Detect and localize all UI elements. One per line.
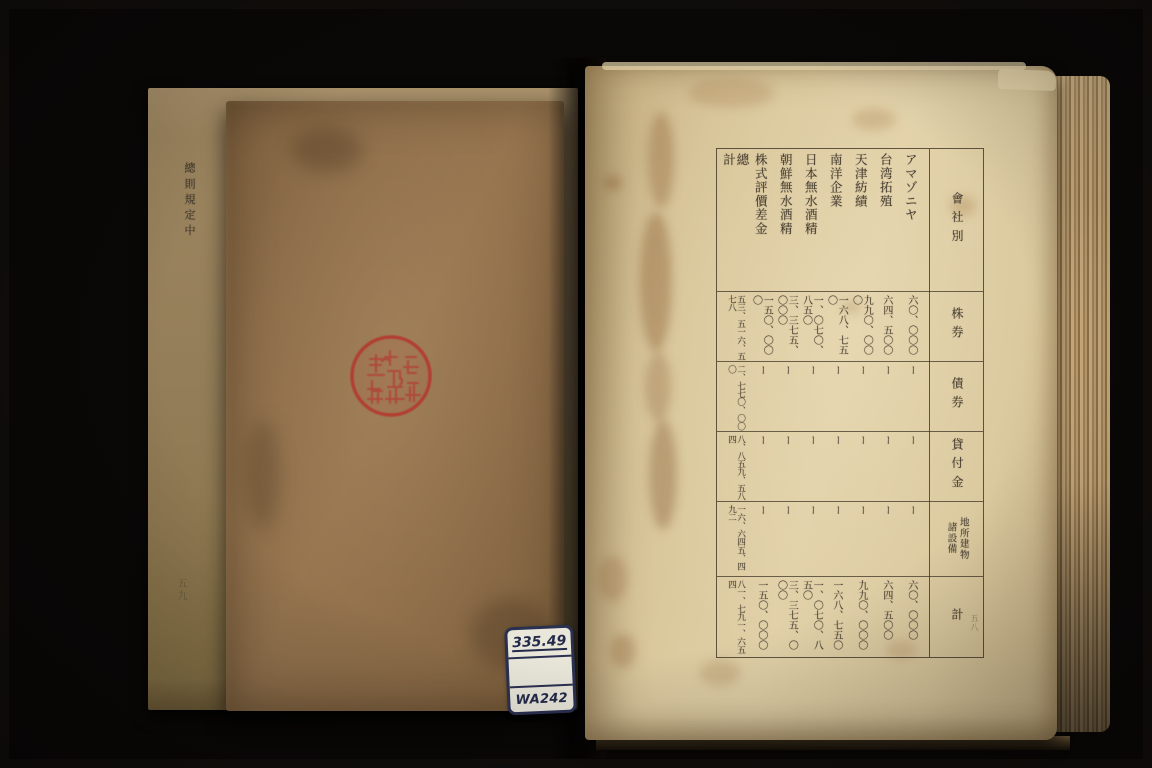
value-cell: 三、三七五、〇〇〇: [773, 580, 798, 659]
company-name: 台湾拓殖: [879, 153, 893, 291]
value-cell: ー: [873, 365, 898, 431]
company-name: 日本無水酒精: [804, 153, 818, 291]
company-name-cell: 株式評價差金: [748, 153, 773, 291]
loans-value: 八、八五九、五八四: [726, 435, 744, 501]
value-cell: ー: [773, 435, 798, 501]
shares-value: 五三、五一六、五七八: [726, 295, 744, 361]
company-name: 總計: [722, 153, 749, 291]
loans-value: ー: [905, 435, 916, 501]
value-cell: 八一、七九一、六五四: [723, 580, 748, 659]
value-cell: 六四、五〇〇: [873, 295, 898, 361]
value-cell: 一五〇、〇〇〇: [748, 295, 773, 361]
value-cell: 一六、六四五、四九二: [723, 505, 748, 576]
shares-value: 六四、五〇〇: [880, 295, 891, 361]
row-header-property: 地所建物 諸設備: [930, 501, 983, 576]
bonds-value: ー: [855, 365, 866, 431]
value-cell: ー: [798, 365, 823, 431]
total-value: 一五〇、〇〇〇: [755, 580, 766, 659]
value-cell: ー: [823, 365, 848, 431]
value-cell: ー: [848, 435, 873, 501]
row-header-loans: 貸付金: [930, 431, 983, 501]
value-cell: ー: [798, 435, 823, 501]
classification-number: 335.49: [512, 633, 567, 651]
company-name-cell: 朝鮮無水酒精: [773, 153, 798, 291]
value-cell: ー: [748, 435, 773, 501]
value-cell: 三、三七五、〇〇〇: [773, 295, 798, 361]
value-cell: ー: [773, 505, 798, 576]
total-value: 三、三七五、〇〇〇: [775, 580, 797, 659]
property-value: ー: [830, 505, 841, 576]
company-name: アマゾニヤ: [904, 153, 918, 291]
value-cell: ー: [848, 505, 873, 576]
row-header-text: 計: [950, 608, 963, 627]
value-cell: ー: [823, 435, 848, 501]
photo-of-open-ledger-book: 總則規定中 五九 335.49 WA242: [0, 0, 1152, 768]
total-value-row: 六〇、〇〇〇 六四、五〇〇 九九〇、〇〇〇 一六八、七五〇 一、〇七〇、八五〇 …: [717, 576, 932, 659]
row-header-company: 會社別: [930, 149, 983, 291]
call-number-top-band: 335.49: [507, 628, 571, 660]
value-cell: 六〇、〇〇〇: [898, 295, 923, 361]
property-value: ー: [855, 505, 866, 576]
value-cell: 一、〇七〇、八五〇: [798, 580, 823, 659]
value-cell: 六〇、〇〇〇: [898, 580, 923, 659]
holdings-table: 會社別 株券 債券 貸付金 地所建物 諸設備 計 アマゾニヤ 台湾拓殖 天津紡績…: [716, 148, 984, 658]
bonds-value-row: ー ー ー ー ー ー ー 二、七七〇、〇〇〇: [717, 361, 932, 431]
page-corner-edge: [998, 69, 1057, 91]
row-header-text: 會社別: [950, 192, 963, 248]
company-name-cell: 天津紡績: [848, 153, 873, 291]
loans-value: ー: [755, 435, 766, 501]
value-cell: ー: [873, 505, 898, 576]
left-margin-vertical-text: 總則規定中: [181, 162, 197, 240]
property-value: ー: [880, 505, 891, 576]
shares-value: 三、三七五、〇〇〇: [775, 295, 797, 361]
company-name-cell: アマゾニヤ: [898, 153, 923, 291]
shelf-code: WA242: [515, 690, 568, 707]
bonds-value: ー: [880, 365, 891, 431]
property-value: ー: [780, 505, 791, 576]
bonds-value: ー: [830, 365, 841, 431]
value-cell: ー: [898, 435, 923, 501]
company-name-cell: 總計: [723, 153, 748, 291]
property-value: 一六、六四五、四九二: [726, 505, 744, 576]
value-cell: ー: [898, 505, 923, 576]
row-header-bonds: 債券: [930, 361, 983, 431]
value-cell: ー: [823, 505, 848, 576]
row-header-text: 債券: [950, 377, 963, 414]
bonds-value: ー: [755, 365, 766, 431]
left-page-number: 五九: [173, 578, 188, 602]
value-cell: 五三、五一六、五七八: [723, 295, 748, 361]
loans-value: ー: [780, 435, 791, 501]
value-cell: ー: [873, 435, 898, 501]
property-value-row: ー ー ー ー ー ー ー 一六、六四五、四九二: [717, 501, 932, 576]
property-value: ー: [805, 505, 816, 576]
red-seal-stamp-icon: [348, 333, 434, 419]
value-cell: 二、七七〇、〇〇〇: [723, 365, 748, 431]
shares-value: 一六八、七五〇: [825, 295, 847, 361]
call-number-label: 335.49 WA242: [504, 625, 577, 716]
shares-value: 一五〇、〇〇〇: [750, 295, 772, 361]
value-cell: ー: [898, 365, 923, 431]
total-value: 八一、七九一、六五四: [726, 580, 744, 659]
value-cell: 一、〇七〇、八五〇: [798, 295, 823, 361]
loans-value-row: ー ー ー ー ー ー ー 八、八五九、五八四: [717, 431, 932, 501]
row-header-text: 貸付金: [950, 438, 963, 494]
loans-value: ー: [830, 435, 841, 501]
shares-value: 九九〇、〇〇〇: [850, 295, 872, 361]
row-header-text: 地所建物: [958, 517, 968, 561]
row-header-text: 株券: [950, 307, 963, 344]
value-cell: ー: [773, 365, 798, 431]
value-cell: ー: [798, 505, 823, 576]
property-value: ー: [905, 505, 916, 576]
shares-value: 六〇、〇〇〇: [905, 295, 916, 361]
value-cell: ー: [748, 505, 773, 576]
right-margin-note: 五八: [969, 614, 980, 632]
call-number-middle-band: [509, 657, 573, 689]
row-header-shares: 株券: [930, 291, 983, 361]
company-name: 天津紡績: [854, 153, 868, 291]
total-value: 一六八、七五〇: [830, 580, 841, 659]
value-cell: 一六八、七五〇: [823, 580, 848, 659]
shares-value: 一、〇七〇、八五〇: [800, 295, 822, 361]
company-name-cell: 台湾拓殖: [873, 153, 898, 291]
total-value: 九九〇、〇〇〇: [855, 580, 866, 659]
total-value: 六四、五〇〇: [880, 580, 891, 659]
bonds-value: ー: [905, 365, 916, 431]
value-cell: 九九〇、〇〇〇: [848, 580, 873, 659]
total-value: 六〇、〇〇〇: [905, 580, 916, 659]
company-name-cell: 日本無水酒精: [798, 153, 823, 291]
total-value: 一、〇七〇、八五〇: [800, 580, 822, 659]
company-name: 株式評價差金: [754, 153, 768, 291]
property-value: ー: [755, 505, 766, 576]
value-cell: 一五〇、〇〇〇: [748, 580, 773, 659]
call-number-bottom-band: WA242: [510, 686, 574, 713]
company-name: 南洋企業: [829, 153, 843, 291]
value-cell: 一六八、七五〇: [823, 295, 848, 361]
page-top-edge: [602, 62, 1026, 70]
bonds-value: ー: [805, 365, 816, 431]
value-cell: 九九〇、〇〇〇: [848, 295, 873, 361]
loans-value: ー: [805, 435, 816, 501]
company-name-cell: 南洋企業: [823, 153, 848, 291]
value-cell: 八、八五九、五八四: [723, 435, 748, 501]
company-name-row: アマゾニヤ 台湾拓殖 天津紡績 南洋企業 日本無水酒精 朝鮮無水酒精 株式評價差…: [717, 149, 932, 291]
company-name: 朝鮮無水酒精: [779, 153, 793, 291]
shares-value-row: 六〇、〇〇〇 六四、五〇〇 九九〇、〇〇〇 一六八、七五〇 一、〇七〇、八五〇 …: [717, 291, 932, 361]
value-cell: ー: [748, 365, 773, 431]
value-cell: ー: [848, 365, 873, 431]
bonds-value: 二、七七〇、〇〇〇: [726, 365, 744, 431]
row-header-text: 諸設備: [945, 522, 955, 555]
loans-value: ー: [855, 435, 866, 501]
bonds-value: ー: [780, 365, 791, 431]
value-cell: 六四、五〇〇: [873, 580, 898, 659]
loans-value: ー: [880, 435, 891, 501]
